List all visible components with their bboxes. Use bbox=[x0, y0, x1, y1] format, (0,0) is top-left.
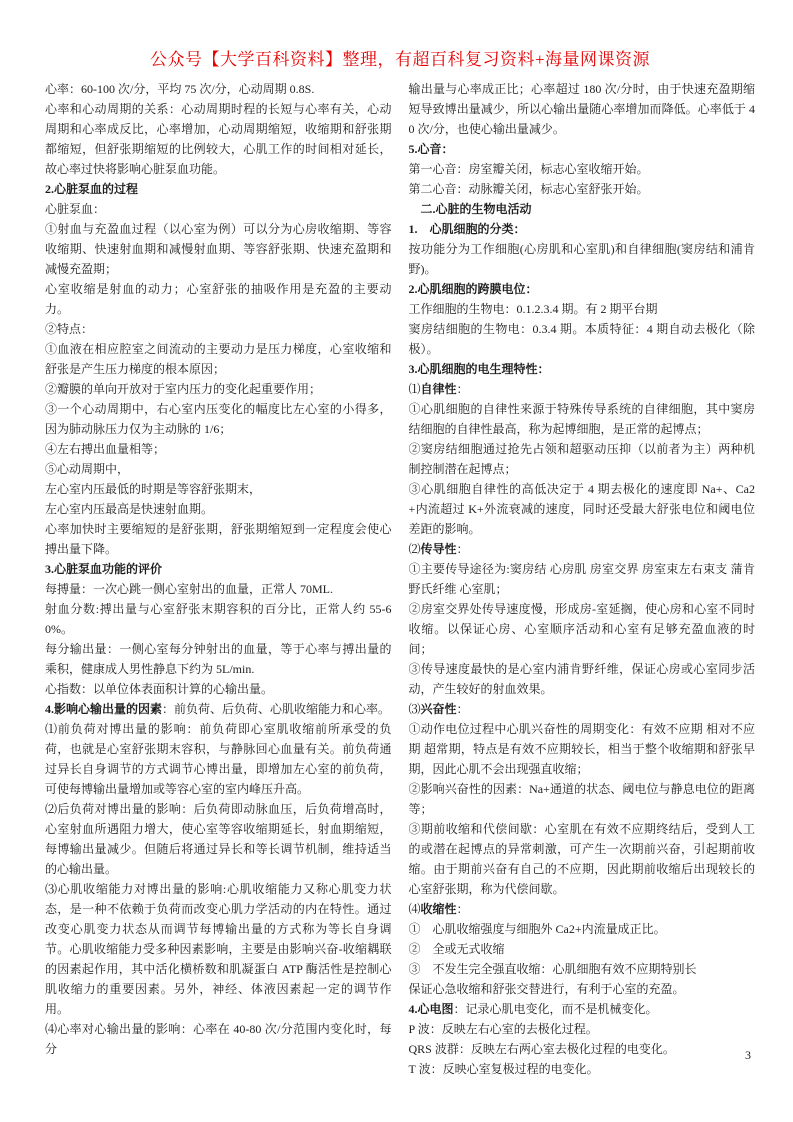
section-heading: 5.心音： bbox=[409, 139, 756, 159]
paragraph: 4.心电图：记录心肌电变化，而不是机械变化。 bbox=[409, 999, 756, 1019]
paragraph: 输出量与心率成正比；心率超过 180 次/分时，由于快速充盈期缩短导致博出量减少… bbox=[409, 79, 756, 139]
paragraph: 心率加快时主要缩短的是舒张期，舒张期缩短到一定程度会使心搏出量下降。 bbox=[45, 519, 392, 559]
section-heading: 1. 心肌细胞的分类： bbox=[409, 219, 756, 239]
section-heading: 2.心脏泵血的过程 bbox=[45, 179, 392, 199]
paragraph: 每分输出量：一侧心室每分钟射出的血量，等于心率与搏出量的乘积，健康成人男性静息下… bbox=[45, 639, 392, 679]
section-heading: 3.心肌细胞的电生理特性： bbox=[409, 359, 756, 379]
paragraph: ②瓣膜的单向开放对于室内压力的变化起重要作用； bbox=[45, 379, 392, 399]
paragraph: ⑶心肌收缩能力对博出量的影响:心肌收缩能力又称心肌变力状态，是一种不依赖于负荷而… bbox=[45, 879, 392, 1019]
left-column: 心率：60-100 次/分，平均 75 次/分，心动周期 0.8S.心率和心动周… bbox=[45, 79, 392, 1079]
paragraph: 心率和心动周期的关系：心动周期时程的长短与心率有关，心动周期和心率成反比，心率增… bbox=[45, 99, 392, 179]
paragraph: ①动作电位过程中心肌兴奋性的周期变化：有效不应期 相对不应期 超常期，特点是有效… bbox=[409, 719, 756, 779]
paragraph: ①主要传导途径为:窦房结 心房肌 房室交界 房室束左右束支 蒲肯野氏纤维 心室肌… bbox=[409, 559, 756, 599]
paragraph: ⑷收缩性： bbox=[409, 899, 756, 919]
paragraph: 第一心音：房室瓣关闭，标志心室收缩开始。 bbox=[409, 159, 756, 179]
paragraph: ② 全或无式收缩 bbox=[409, 939, 756, 959]
paragraph: ③心肌细胞自律性的高低决定于 4 期去极化的速度即 Na+、Ca2+内流超过 K… bbox=[409, 479, 756, 539]
section-heading: 2.心肌细胞的跨膜电位： bbox=[409, 279, 756, 299]
paragraph: ① 心肌收缩强度与细胞外 Ca2+内流量成正比。 bbox=[409, 919, 756, 939]
paragraph: 射血分数:搏出量与心室舒张末期容积的百分比，正常人约 55-60%。 bbox=[45, 599, 392, 639]
paragraph: 心室收缩是射血的动力；心室舒张的抽吸作用是充盈的主要动力。 bbox=[45, 279, 392, 319]
paragraph: 左心室内压最低的时期是等容舒张期末， bbox=[45, 479, 392, 499]
paragraph: 每搏量：一次心跳一侧心室射出的血量，正常人 70ML. bbox=[45, 579, 392, 599]
paragraph: 心指数：以单位体表面积计算的心输出量。 bbox=[45, 679, 392, 699]
paragraph: 保证心急收缩和舒张交替进行，有利于心室的充盈。 bbox=[409, 979, 756, 999]
paragraph: P 波：反映左右心室的去极化过程。 bbox=[409, 1019, 756, 1039]
paragraph: ③一个心动周期中，右心室内压变化的幅度比左心室的小得多，因为肺动脉压力仅为主动脉… bbox=[45, 399, 392, 439]
paragraph: ⑴自律性： bbox=[409, 379, 756, 399]
paragraph: ③传导速度最快的是心室内浦肯野纤维，保证心房或心室同步活动，产生较好的射血效果。 bbox=[409, 659, 756, 699]
paragraph: ⑷心率对心输出量的影响：心率在 40-80 次/分范围内变化时，每分 bbox=[45, 1019, 392, 1059]
paragraph: 窦房结细胞的生物电：0.3.4 期。本质特征：4 期自动去极化（除极）。 bbox=[409, 319, 756, 359]
paragraph: ③期前收缩和代偿间歇：心室肌在有效不应期终结后，受到人工的或潜在起博点的异常刺激… bbox=[409, 819, 756, 899]
paragraph: ①心肌细胞的自律性来源于特殊传导系统的自律细胞，其中窦房结细胞的自律性最高，称为… bbox=[409, 399, 756, 439]
paragraph: ⑵后负荷对博出量的影响：后负荷即动脉血压，后负荷增高时，心室射血所遇阻力增大，使… bbox=[45, 799, 392, 879]
right-column: 输出量与心率成正比；心率超过 180 次/分时，由于快速充盈期缩短导致博出量减少… bbox=[409, 79, 756, 1079]
page-title: 公众号【大学百科资料】整理，有超百科复习资料+海量网课资源 bbox=[45, 48, 755, 72]
paragraph: 4.影响心输出量的因素：前负荷、后负荷、心肌收缩能力和心率。 bbox=[45, 699, 392, 719]
section-heading: 3.心脏泵血功能的评价 bbox=[45, 559, 392, 579]
paragraph: ⑵传导性： bbox=[409, 539, 756, 559]
paragraph: 按功能分为工作细胞(心房肌和心室肌)和自律细胞(窦房结和浦肯野)。 bbox=[409, 239, 756, 279]
paragraph: ①射血与充盈血过程（以心室为例）可以分为心房收缩期、等容收缩期、快速射血期和减慢… bbox=[45, 219, 392, 279]
paragraph: 左心室内压最高是快速射血期。 bbox=[45, 499, 392, 519]
paragraph: ②影响兴奋性的因素：Na+通道的状态、阈电位与静息电位的距离等； bbox=[409, 779, 756, 819]
paragraph: ②房室交界处传导速度慢，形成房-室延搁，使心房和心室不同时收缩。以保证心房、心室… bbox=[409, 599, 756, 659]
paragraph: 第二心音：动脉瓣关闭，标志心室舒张开始。 bbox=[409, 179, 756, 199]
document-page: 公众号【大学百科资料】整理，有超百科复习资料+海量网课资源 心率：60-100 … bbox=[0, 0, 793, 1079]
paragraph: T 波：反映心室复极过程的电变化。 bbox=[409, 1059, 756, 1079]
paragraph: ③ 不发生完全强直收缩：心肌细胞有效不应期特别长 bbox=[409, 959, 756, 979]
paragraph: 心率：60-100 次/分，平均 75 次/分，心动周期 0.8S. bbox=[45, 79, 392, 99]
paragraph: 工作细胞的生物电：0.1.2.3.4 期。有 2 期平台期 bbox=[409, 299, 756, 319]
paragraph: 心脏泵血： bbox=[45, 199, 392, 219]
paragraph: ⑶兴奋性： bbox=[409, 699, 756, 719]
section-heading: 二.心脏的生物电活动 bbox=[409, 199, 756, 219]
two-column-layout: 心率：60-100 次/分，平均 75 次/分，心动周期 0.8S.心率和心动周… bbox=[45, 79, 755, 1079]
paragraph: QRS 波群：反映左右两心室去极化过程的电变化。 bbox=[409, 1039, 756, 1059]
paragraph: ④左右搏出血量相等； bbox=[45, 439, 392, 459]
paragraph: ①血液在相应腔室之间流动的主要动力是压力梯度，心室收缩和舒张是产生压力梯度的根本… bbox=[45, 339, 392, 379]
paragraph: ⑴前负荷对博出量的影响：前负荷即心室肌收缩前所承受的负荷，也就是心室舒张期末容积… bbox=[45, 719, 392, 799]
paragraph: ②窦房结细胞通过抢先占领和超驱动压抑（以前者为主）两种机制控制潜在起博点； bbox=[409, 439, 756, 479]
paragraph: ②特点： bbox=[45, 319, 392, 339]
page-number: 3 bbox=[745, 1048, 751, 1063]
paragraph: ⑤心动周期中， bbox=[45, 459, 392, 479]
